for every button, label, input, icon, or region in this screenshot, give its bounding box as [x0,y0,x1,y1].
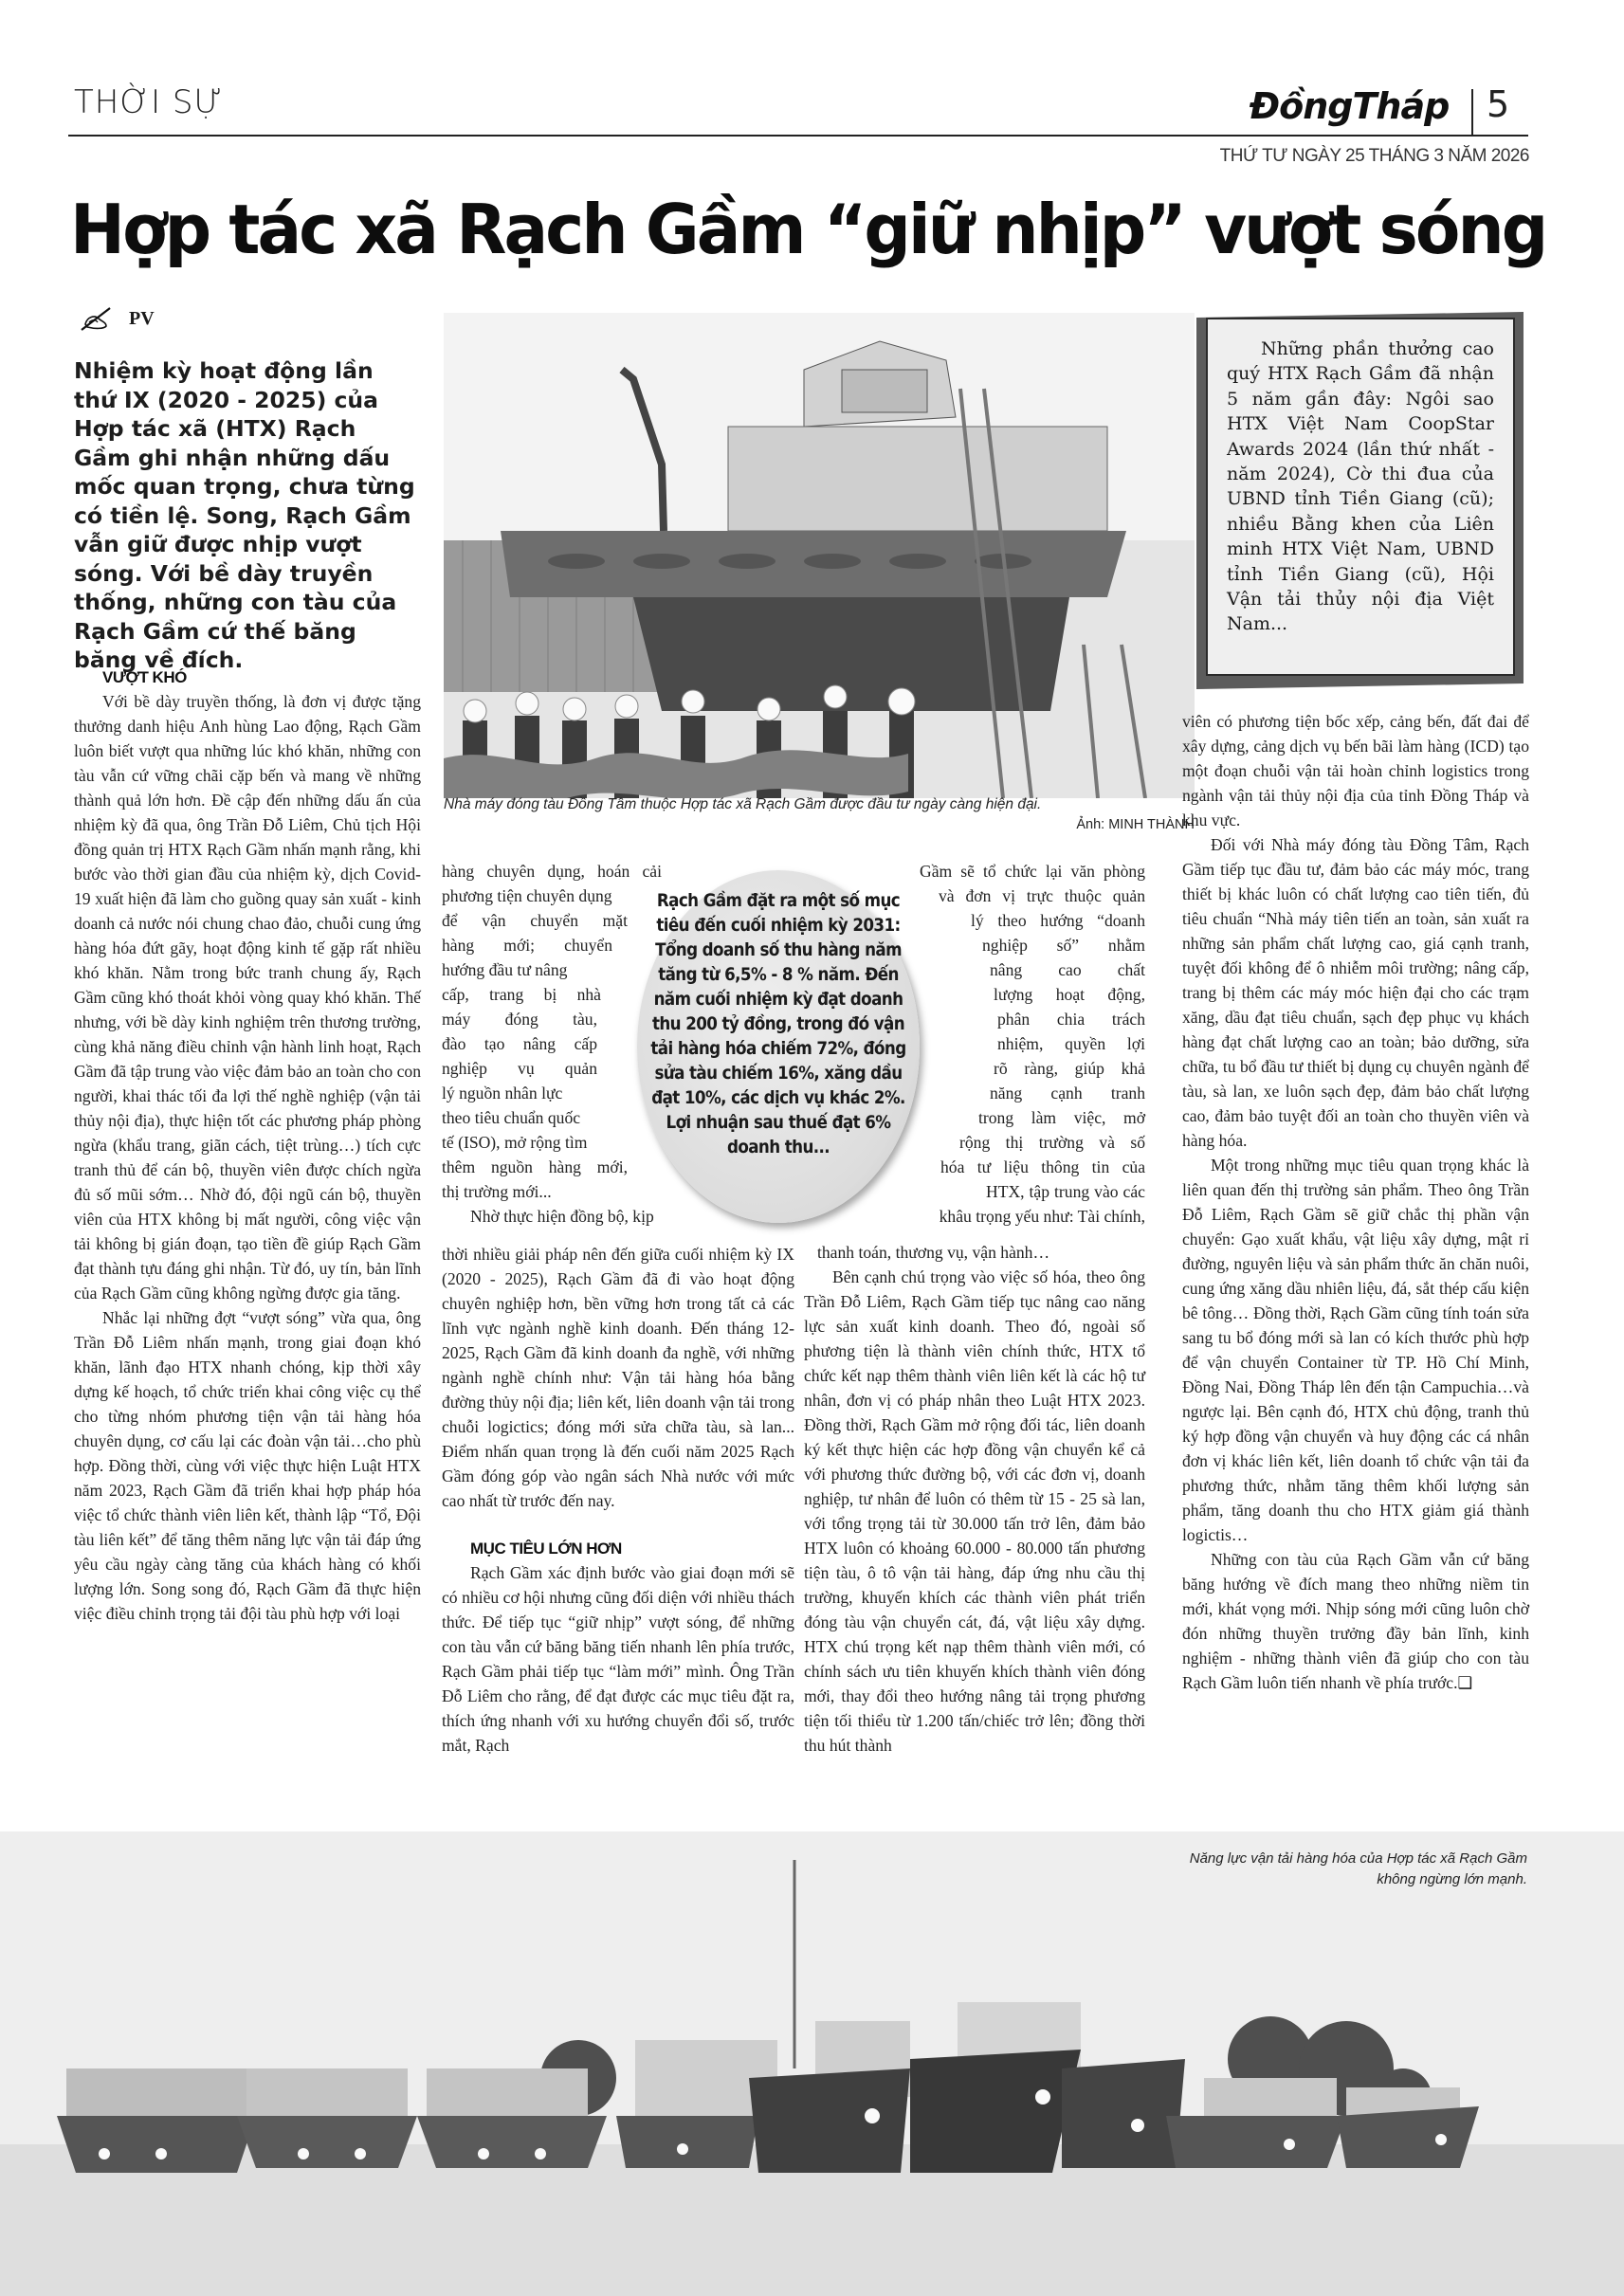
top-photo-credit: Ảnh: MINH THÀNH [444,817,1195,832]
header-rule [68,135,1528,137]
text-line: máy đóng tàu, [442,1007,597,1031]
paragraph: Những con tàu của Rạch Gầm vẫn cứ băng b… [1182,1547,1529,1695]
paragraph: thời nhiều giải pháp nên đến giữa cuối n… [442,1242,794,1513]
section-label: THỜI SỰ [74,83,223,121]
text-line: rộng thị trường và số [959,1130,1145,1155]
awards-sidebar-box: Những phần thưởng cao quý HTX Rạch Gầm đ… [1206,318,1515,676]
text-line: lượng hoạt động, [994,982,1145,1007]
pull-quote-text: Rạch Gầm đặt ra một số mục tiêu đến cuối… [647,889,910,1160]
text-line: hóa tư liệu thông tin của [940,1155,1145,1179]
text-line: hàng chuyên dụng, hoán cải [442,859,662,884]
paragraph: Đối với Nhà máy đóng tàu Đồng Tâm, Rạch … [1182,832,1529,1153]
text-line: trong làm việc, mở [978,1105,1145,1130]
text-line: phân chia trách [997,1007,1145,1031]
column-2-left-wrap: hàng chuyên dụng, hoán cải phương tiện c… [442,859,662,1229]
column-4: viên có phương tiện bốc xếp, cảng bến, đ… [1182,709,1529,1695]
shipyard-photo [444,313,1195,798]
text-line: nhiệm, quyền lợi [997,1031,1145,1056]
page-separator [1471,89,1473,135]
paragraph: Bên cạnh chú trọng vào việc số hóa, theo… [804,1265,1145,1758]
article-headline: Hợp tác xã Rạch Gầm “giữ nhịp” vượt sóng [70,190,1476,269]
text-line: lý theo hướng “doanh [971,908,1145,933]
top-photo-caption: Nhà máy đóng tàu Đồng Tâm thuộc Hợp tác … [444,796,1195,813]
column-3: thanh toán, thương vụ, vận hành… Bên cạn… [804,1240,1145,1758]
text-line: thị trường mới... [442,1179,662,1204]
text-line: phương tiện chuyên dụng [442,884,662,908]
text-line: lý nguồn nhân lực [442,1081,662,1105]
masthead-logo: ĐồngTháp [1250,85,1449,127]
text-line: cấp, trang bị nhà [442,982,601,1007]
column-2-bottom: thời nhiều giải pháp nên đến giữa cuối n… [442,1242,794,1758]
page-number: 5 [1487,83,1509,125]
text-line: để vận chuyển mặt [442,908,628,933]
text-line: năng cạnh tranh [990,1081,1145,1105]
subhead-vuot-kho: VƯỢT KHÓ [74,666,421,689]
text-line: HTX, tập trung vào các [986,1179,1145,1204]
text-line: tế (ISO), mở rộng tìm [442,1130,662,1155]
paragraph: Với bề dày truyền thống, là đơn vị được … [74,689,421,1305]
text-line: Gầm sẽ tổ chức lại văn phòng [920,859,1145,884]
text-line: hướng đầu tư nâng [442,957,609,982]
paragraph: Một trong những mục tiêu quan trọng khác… [1182,1153,1529,1547]
text-line: đào tạo nâng cấp [442,1031,597,1056]
text-line: thêm nguồn hàng mới, [442,1155,628,1179]
byline: PV [78,305,155,332]
text-line: khâu trọng yếu như: Tài chính, [891,1204,1145,1229]
fleet-photo-illustration [0,1831,1624,2296]
text-line: hàng mới; chuyển [442,933,612,957]
article-sapo: Nhiệm kỳ hoạt động lần thứ IX (2020 - 20… [74,356,415,675]
column-1: VƯỢT KHÓ Với bề dày truyền thống, là đơn… [74,666,421,1626]
awards-text: Những phần thưởng cao quý HTX Rạch Gầm đ… [1227,337,1494,637]
paragraph: thanh toán, thương vụ, vận hành… [804,1240,1145,1265]
text-line: nâng cao chất [990,957,1145,982]
text-line: theo tiêu chuẩn quốc [442,1105,662,1130]
paragraph: viên có phương tiện bốc xếp, cảng bến, đ… [1182,709,1529,832]
text-line: nghiệp số” nhằm [982,933,1145,957]
text-line: rõ ràng, giúp khả [994,1056,1145,1081]
pen-writing-icon [78,305,116,332]
shipyard-photo-illustration [444,313,1195,798]
fleet-photo [0,1831,1624,2296]
paragraph: Rạch Gầm xác định bước vào giai đoạn mới… [442,1560,794,1758]
text-line: nghiệp vụ quản [442,1056,597,1081]
byline-author: PV [129,308,155,330]
paragraph: Nhắc lại những đợt “vượt sóng” vừa qua, … [74,1305,421,1626]
column-2-right-wrap: Gầm sẽ tổ chức lại văn phòng và đơn vị t… [891,859,1145,1229]
issue-date: THỨ TƯ NGÀY 25 THÁNG 3 NĂM 2026 [1220,146,1529,167]
text-line: và đơn vị trực thuộc quản [939,884,1145,908]
bottom-photo-caption: Năng lực vận tải hàng hóa của Hợp tác xã… [1186,1849,1527,1890]
subhead-muc-tieu: MỤC TIÊU LỚN HƠN [442,1538,794,1560]
text-line: Nhờ thực hiện đồng bộ, kịp [442,1204,662,1229]
